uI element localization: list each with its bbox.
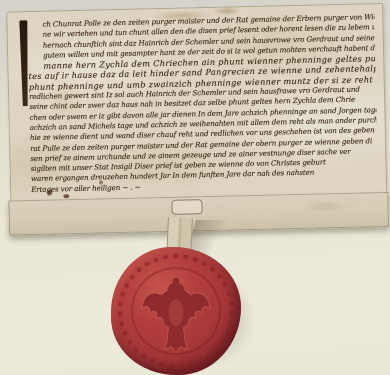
text-line: hie ze wienne dient und wand diser chauf… — [30, 125, 377, 143]
stain — [299, 198, 353, 215]
text-line: Ertages vor aller heiligen ~ . ~ — [31, 177, 378, 195]
text-line: hernach chunftich sint daz Hainrich der … — [28, 33, 375, 51]
ink-speck — [99, 180, 103, 184]
text-line: ne wir veriehen und tun chunt allen den … — [28, 22, 375, 40]
parchment-sheet: ch Chunrat Polle ze den zeiten purger ma… — [6, 3, 387, 206]
text-line: waren ergangen dreuzehen hundert Jar In … — [31, 167, 378, 185]
text-line: redlichen gewert sint Iz sol auch Hainri… — [29, 84, 376, 102]
red-wax-seal — [111, 247, 241, 375]
seal-inner-ring — [131, 267, 221, 355]
stain — [209, 5, 245, 17]
text-line: manne hern Zychla dem Chriechen ain phun… — [28, 53, 375, 71]
text-line: achzich an sand Michels tage und achzich… — [30, 115, 377, 133]
stain — [42, 65, 87, 128]
tag-slit — [171, 199, 202, 215]
stain — [142, 8, 222, 24]
plica-fold — [8, 192, 389, 236]
eagle-icon — [139, 269, 213, 359]
text-line: rat Pulle ze den zeiten purger maister u… — [30, 136, 377, 154]
text-line: seine chint oder swer daz haus nah in be… — [29, 95, 376, 113]
ink-speck — [46, 189, 53, 197]
text-line: phunt phenninge und umb zwainzich phenni… — [29, 74, 376, 92]
text-line: ch Chunrat Polle ze den zeiten purger ma… — [27, 12, 374, 30]
parchment-charter: ch Chunrat Polle ze den zeiten purger ma… — [6, 3, 388, 235]
text-line: chen oder swem er iz gibt davon alle jar… — [29, 105, 376, 123]
text-line: gutem willen und mit gesampter hant ze d… — [28, 43, 375, 61]
charter-text: ch Chunrat Polle ze den zeiten purger ma… — [27, 12, 378, 195]
text-line: sigilten mit unser Stat Insigil Diser pr… — [31, 156, 378, 174]
charter-photo: ch Chunrat Polle ze den zeiten purger ma… — [0, 0, 390, 375]
ink-speck — [63, 194, 69, 198]
text-line: sen prief ze ainem urchunde und ze ainem… — [30, 146, 377, 164]
text-line: tes auf ir hause daz da leit hinder sand… — [28, 64, 375, 82]
seal-legend-ring — [118, 254, 234, 368]
parchment-tag — [166, 217, 193, 260]
seal-shadow — [131, 259, 267, 375]
tag-shadow — [184, 220, 227, 266]
illuminated-initial-I — [19, 20, 29, 106]
